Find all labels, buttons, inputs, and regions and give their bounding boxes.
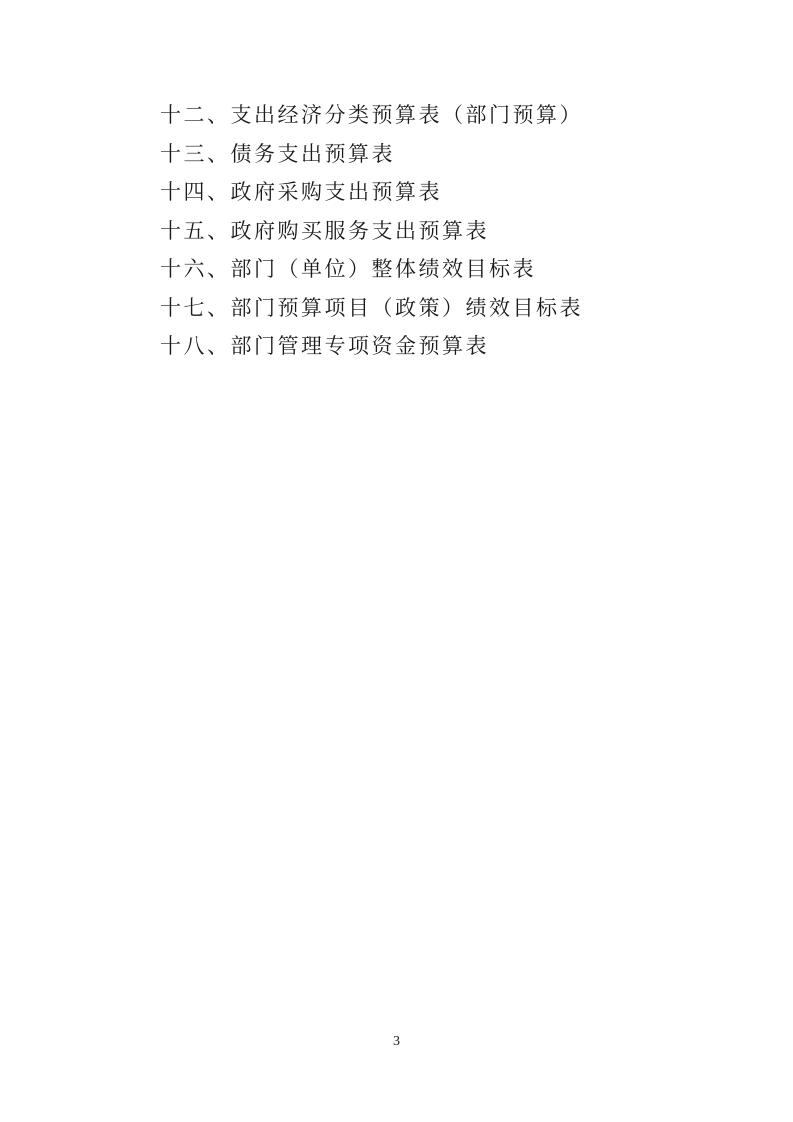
- list-item: 十四、政府采购支出预算表: [160, 173, 733, 212]
- document-page: 十二、支出经济分类预算表（部门预算） 十三、债务支出预算表 十四、政府采购支出预…: [0, 0, 793, 1122]
- list-item: 十六、部门（单位）整体绩效目标表: [160, 250, 733, 289]
- list-item: 十八、部门管理专项资金预算表: [160, 327, 733, 366]
- list-item: 十七、部门预算项目（政策）绩效目标表: [160, 289, 733, 328]
- table-of-contents-list: 十二、支出经济分类预算表（部门预算） 十三、债务支出预算表 十四、政府采购支出预…: [160, 96, 733, 366]
- page-number: 3: [0, 1032, 793, 1052]
- list-item: 十二、支出经济分类预算表（部门预算）: [160, 96, 733, 135]
- list-item: 十三、债务支出预算表: [160, 135, 733, 174]
- list-item: 十五、政府购买服务支出预算表: [160, 212, 733, 251]
